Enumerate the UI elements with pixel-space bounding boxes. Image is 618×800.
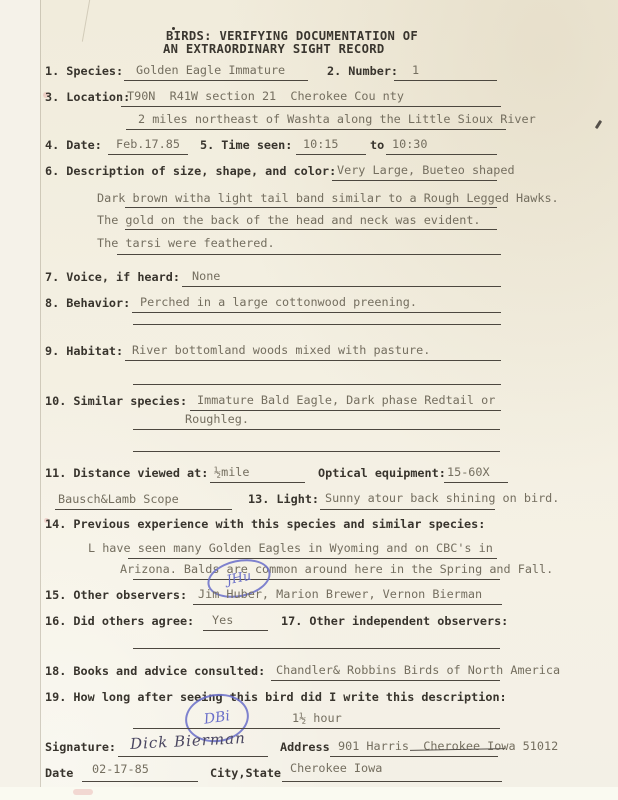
- optical-underline: [444, 482, 508, 483]
- city-state-label: City,State: [210, 766, 281, 780]
- habitat-value: River bottomland woods mixed with pastur…: [132, 343, 430, 357]
- scan-bottom-edge: [0, 787, 618, 800]
- date-signed-label: Date: [45, 766, 73, 780]
- location-value2: 2 miles northeast of Washta along the Li…: [138, 112, 536, 126]
- number-underline: [394, 80, 497, 81]
- number-label: 2. Number:: [327, 64, 398, 78]
- other-observers-value: Jim Huber, Marion Brewer, Vernon Bierman: [198, 587, 482, 601]
- optical-underline2: [55, 509, 232, 510]
- signature-handwriting: Dick Bierman: [130, 729, 247, 753]
- books-label: 18. Books and advice consulted:: [45, 664, 265, 678]
- time-from-underline: [296, 154, 366, 155]
- species-value: Golden Eagle Immature: [136, 63, 285, 77]
- species-label: 1. Species:: [45, 64, 123, 78]
- time-to-underline: [386, 154, 497, 155]
- similar-species-value: Immature Bald Eagle, Dark phase Redtail …: [197, 393, 495, 407]
- behavior-underline: [132, 312, 501, 313]
- date-signed-underline: [82, 781, 198, 782]
- experience-underline2: [133, 579, 500, 580]
- number-value: 1: [412, 63, 419, 77]
- write-delay-underline: [133, 728, 500, 729]
- distance-value: ½mile: [214, 465, 250, 479]
- form-title-line2: AN EXTRAORDINARY SIGHT RECORD: [163, 43, 385, 56]
- behavior-label: 8. Behavior:: [45, 296, 130, 310]
- description-value: Very Large, Bueteo shaped: [337, 163, 515, 177]
- habitat-underline: [125, 360, 501, 361]
- behavior-value: Perched in a large cottonwood preening.: [140, 295, 417, 309]
- habitat-label: 9. Habitat:: [45, 344, 123, 358]
- city-state-value: Cherokee Iowa: [290, 761, 382, 775]
- description-line3: The gold on the back of the head and nec…: [97, 213, 481, 227]
- light-label: 13. Light:: [248, 492, 319, 506]
- similar-species-value2: Roughleg.: [185, 412, 249, 426]
- independent-label: 17. Other independent observers:: [281, 614, 508, 628]
- similar-species-blank-underline: [133, 451, 500, 452]
- description-underline2: [125, 207, 497, 208]
- location-underline2: [126, 129, 506, 130]
- books-underline: [271, 680, 500, 681]
- scan-left-margin: [0, 0, 40, 800]
- optical-label: Optical equipment:: [318, 466, 446, 480]
- experience-underline1: [128, 558, 497, 559]
- optical-value: 15-60X: [447, 465, 490, 479]
- voice-underline: [182, 286, 501, 287]
- behavior-blank-underline: [133, 324, 501, 325]
- voice-label: 7. Voice, if heard:: [45, 270, 180, 284]
- time-to-value: 10:30: [392, 137, 428, 151]
- optical-value2: Bausch&Lamb Scope: [58, 492, 179, 506]
- books-value: Chandler& Robbins Birds of North America: [276, 663, 560, 677]
- location-underline: [121, 106, 501, 107]
- description-line2: Dark brown witha light tail band similar…: [97, 191, 559, 205]
- distance-underline: [210, 482, 305, 483]
- similar-species-underline: [190, 410, 501, 411]
- experience-label: 14. Previous experience with this specie…: [45, 517, 485, 531]
- light-underline: [320, 509, 495, 510]
- date-value: Feb.17.85: [116, 137, 180, 151]
- signature-label: Signature:: [45, 740, 116, 754]
- independent-blank-underline: [133, 648, 500, 649]
- other-observers-label: 15. Other observers:: [45, 588, 187, 602]
- signature-underline: [118, 756, 268, 757]
- initials-jhu: JHu: [225, 569, 252, 589]
- write-delay-value: 1½ hour: [292, 711, 342, 725]
- paper-crease-corner: [82, 0, 91, 42]
- location-value: T90N R41W section 21 Cherokee Cou nty: [127, 89, 404, 103]
- description-line4: The tarsi were feathered.: [97, 236, 275, 250]
- similar-species-label: 10. Similar species:: [45, 394, 187, 408]
- scanned-form-page: BIRDS: VERIFYING DOCUMENTATION OF AN EXT…: [0, 0, 618, 800]
- agree-underline: [203, 630, 268, 631]
- description-label: 6. Description of size, shape, and color…: [45, 164, 336, 178]
- address-underline: [330, 756, 498, 757]
- date-underline: [108, 154, 188, 155]
- light-value: Sunny atour back shining on bird.: [325, 491, 559, 505]
- agree-label: 16. Did others agree:: [45, 614, 194, 628]
- similar-species-underline2: [133, 429, 500, 430]
- date-label: 4. Date:: [45, 138, 102, 152]
- address-value: 901 Harris Cherokee Iowa 51012: [338, 739, 558, 753]
- other-observers-underline: [193, 604, 502, 605]
- distance-label: 11. Distance viewed at:: [45, 466, 208, 480]
- species-underline: [124, 80, 308, 81]
- description-underline3: [125, 229, 497, 230]
- initials-dbi: DBi: [203, 708, 231, 727]
- habitat-blank-underline: [133, 384, 501, 385]
- address-label: Address: [280, 740, 330, 754]
- description-blank-underline: [117, 254, 501, 255]
- pink-stain: [73, 789, 93, 795]
- time-from-value: 10:15: [303, 137, 339, 151]
- voice-value: None: [192, 269, 220, 283]
- time-to-word: to: [370, 138, 384, 152]
- write-delay-label: 19. How long after seeing this bird did …: [45, 690, 507, 704]
- description-underline: [332, 180, 497, 181]
- agree-value: Yes: [212, 613, 233, 627]
- paper-crease-line: [40, 0, 41, 800]
- time-seen-label: 5. Time seen:: [200, 138, 292, 152]
- date-signed-value: 02-17-85: [92, 762, 149, 776]
- experience-line1: L have seen many Golden Eagles in Wyomin…: [88, 541, 493, 555]
- city-state-underline: [282, 781, 502, 782]
- experience-line2: Arizona. Balds are common around here in…: [120, 562, 553, 576]
- location-label: 3. Location:: [45, 90, 130, 104]
- pen-mark: [595, 120, 602, 129]
